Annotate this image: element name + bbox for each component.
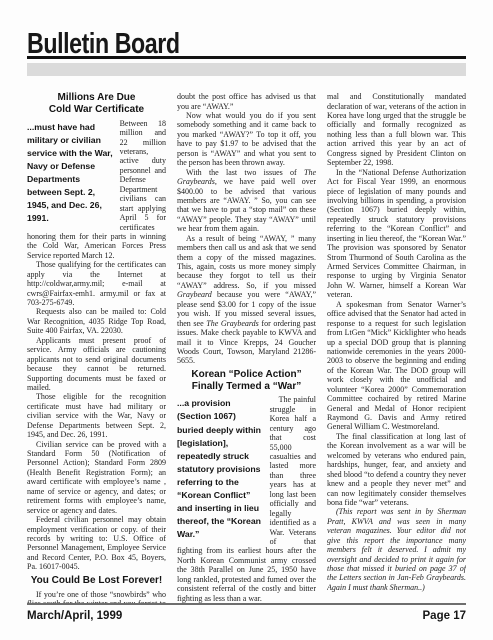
- paragraph: The final classification at long last of…: [327, 432, 466, 508]
- paragraph: Now what would you do if you sent somebo…: [177, 111, 316, 168]
- page-title: Bulletin Board: [27, 26, 180, 56]
- masthead-gray-bar: [27, 63, 466, 76]
- page-footer: March/April, 1999 Page 17: [27, 603, 466, 622]
- cold-war-lead-block: ...must have had military or civilian se…: [27, 119, 166, 261]
- heading-cold-war-certificate: Millions Are Due Cold War Certificate: [27, 92, 166, 116]
- pull-quote-cold-war: ...must have had military or civilian se…: [27, 119, 120, 227]
- editor-note: (This report was sent in by Sherman Prat…: [327, 507, 466, 592]
- pull-quote-provision: ...a provision (Section 1067) buried dee…: [177, 395, 270, 543]
- footer-page-number: Page 17: [423, 610, 466, 622]
- publication-name: The Graybeards: [206, 319, 259, 328]
- article-columns: Millions Are Due Cold War Certificate ..…: [27, 92, 466, 605]
- column-left: Millions Are Due Cold War Certificate ..…: [27, 92, 166, 605]
- heading-lost-forever: You Could Be Lost Forever!: [27, 575, 166, 587]
- column-middle: doubt the post office has advised us tha…: [177, 92, 316, 605]
- paragraph: Those eligible for the recognition certi…: [27, 392, 166, 439]
- text-run: As a result of being “AWAY, ” many membe…: [177, 234, 316, 290]
- paragraph: Applicants must present proof of service…: [27, 336, 166, 393]
- paragraph: With the last two issues of The Graybear…: [177, 168, 316, 234]
- masthead-rule: Bulletin Board: [27, 27, 466, 59]
- paragraph: doubt the post office has advised us tha…: [177, 92, 316, 111]
- paragraph: A spokesman from Senator Warner’s office…: [327, 300, 466, 432]
- text-run: With the last two issues of: [186, 168, 304, 177]
- footer-issue-date: March/April, 1999: [27, 610, 122, 622]
- heading-police-action: Korean “Police Action” Finally Termed a …: [177, 369, 316, 393]
- publication-name: Graybeard: [177, 290, 212, 299]
- paragraph: Requests also can be mailed to: Cold War…: [27, 307, 166, 335]
- newsletter-page: Bulletin Board Millions Are Due Cold War…: [0, 0, 493, 640]
- paragraph: Civilian service can be proved with a St…: [27, 440, 166, 516]
- masthead: Bulletin Board: [27, 0, 466, 76]
- paragraph: Those qualifying for the certificates ca…: [27, 260, 166, 307]
- police-action-lead-block: ...a provision (Section 1067) buried dee…: [177, 395, 316, 603]
- paragraph: Federal civilian personnel may obtain em…: [27, 515, 166, 572]
- column-right: mal and Constitutionally mandated declar…: [327, 92, 466, 605]
- paragraph: mal and Constitutionally mandated declar…: [327, 92, 466, 168]
- paragraph: As a result of being “AWAY, ” many membe…: [177, 234, 316, 366]
- paragraph: In the “National Defense Authorization A…: [327, 168, 466, 300]
